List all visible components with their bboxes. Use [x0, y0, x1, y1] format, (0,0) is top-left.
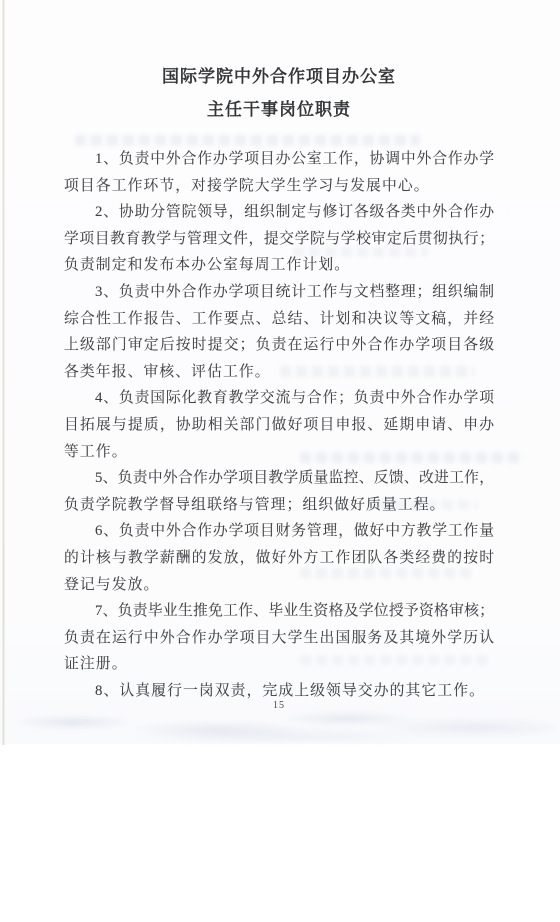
bleedthrough-smudge	[75, 135, 420, 146]
scanned-document-page: 国际学院中外合作项目办公室 主任干事岗位职责 1、负责中外合作办学项目办公室工作…	[0, 0, 560, 922]
document-title-line1: 国际学院中外合作项目办公室	[64, 66, 494, 88]
body-line: 负责学院教学督导组联络与管理；组织做好质量工程。	[64, 492, 494, 519]
body-line: 上级部门审定后按时提交；负责在运行中外合作办学项目各级	[64, 332, 494, 359]
page-edge-shadow	[2, 0, 5, 745]
scan-texture	[8, 706, 556, 742]
body-line: 1、负责中外合作办学项目办公室工作，协调中外合作办学	[64, 146, 494, 173]
body-line: 6、负责中外合作办学项目财务管理，做好中方教学工作量	[64, 518, 494, 545]
body-line: 4、负责国际化教育教学交流与合作；负责中外合作办学项	[64, 385, 494, 412]
body-line: 项目各工作环节，对接学院大学生学习与发展中心。	[64, 173, 494, 200]
body-line: 的计核与教学薪酬的发放，做好外方工作团队各类经费的按时	[64, 545, 494, 572]
body-line: 等工作。	[64, 439, 494, 466]
body-line: 3、负责中外合作办学项目统计工作与文档整理；组织编制	[64, 279, 494, 306]
body-line: 目拓展与提质，协助相关部门做好项目申报、延期申请、申办	[64, 412, 494, 439]
body-line: 负责制定和发布本办公室每周工作计划。	[64, 252, 494, 279]
body-line: 7、负责毕业生推免工作、毕业生资格及学位授予资格审核；	[64, 598, 494, 625]
body-line: 负责在运行中外合作办学项目大学生出国服务及其境外学历认	[64, 625, 494, 652]
body-line: 证注册。	[64, 651, 494, 678]
body-line: 各类年报、审核、评估工作。	[64, 359, 494, 386]
body-line: 学项目教育教学与管理文件，提交学院与学校审定后贯彻执行；	[64, 226, 494, 253]
body-line: 登记与发放。	[64, 572, 494, 599]
body-line: 2、协助分管院领导，组织制定与修订各级各类中外合作办	[64, 199, 494, 226]
body-line: 综合性工作报告、工作要点、总结、计划和决议等文稿，并经	[64, 306, 494, 333]
document-title-line2: 主任干事岗位职责	[64, 99, 494, 121]
body-line: 5、负责中外合作办学项目教学质量监控、反馈、改进工作，	[64, 465, 494, 492]
document-body: 1、负责中外合作办学项目办公室工作，协调中外合作办学项目各工作环节，对接学院大学…	[64, 146, 494, 704]
